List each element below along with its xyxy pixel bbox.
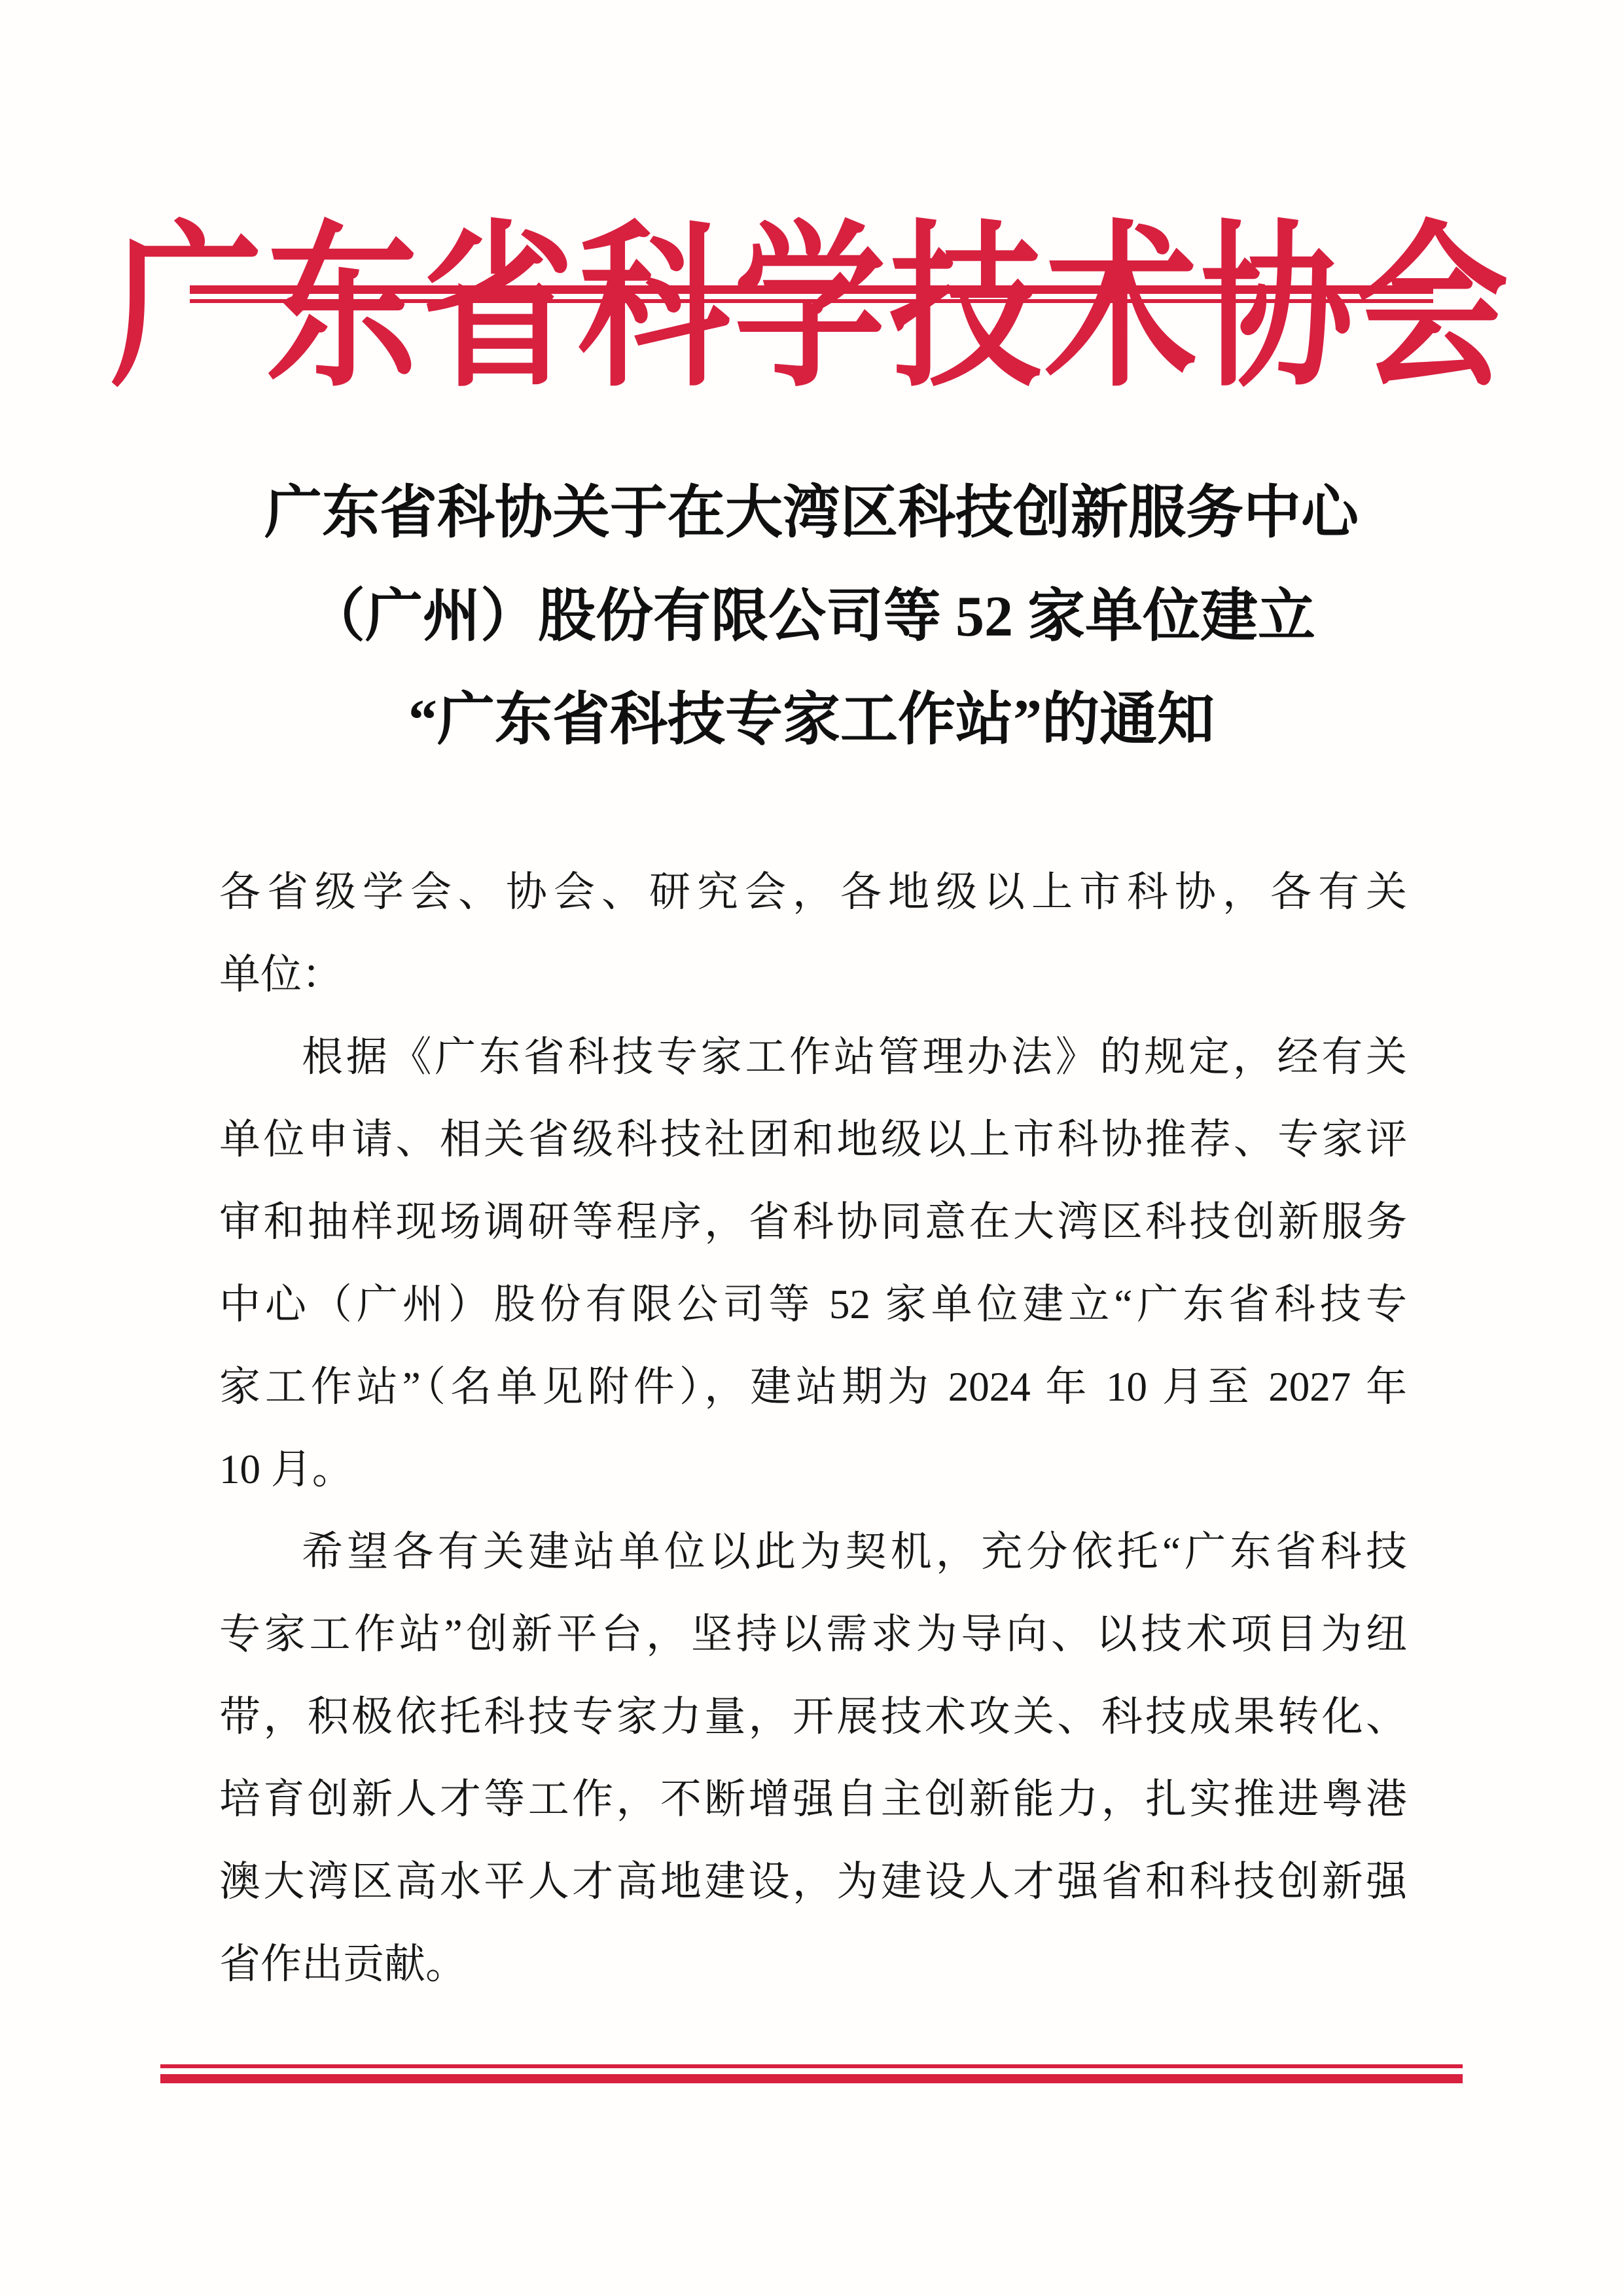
body-line: 澳大湾区高水平人才高地建设，为建设人才强省和科技创新强 <box>219 1840 1407 1923</box>
body-line: 10 月。 <box>219 1428 1407 1511</box>
rule-thick-bar <box>190 285 1433 294</box>
body-line: 省作出贡献。 <box>219 1923 1407 2005</box>
rule-thin-bar <box>190 299 1433 303</box>
body-line: 单位： <box>219 933 1407 1016</box>
notice-title-line-3: “广东省科技专家工作站”的通知 <box>157 669 1466 772</box>
notice-title-line-2: （广州）股份有限公司等 52 家单位建立 <box>157 565 1466 669</box>
body-line: 根据《广东省科技专家工作站管理办法》的规定，经有关 <box>219 1016 1407 1098</box>
document-page: 广东省科学技术协会 广东省科协关于在大湾区科技创新服务中心 （广州）股份有限公司… <box>0 0 1623 2296</box>
body-line: 中心（广州）股份有限公司等 52 家单位建立“广东省科技专 <box>219 1263 1407 1346</box>
body-line: 各省级学会、协会、研究会，各地级以上市科协，各有关 <box>219 851 1407 933</box>
notice-title: 广东省科协关于在大湾区科技创新服务中心 （广州）股份有限公司等 52 家单位建立… <box>157 462 1466 772</box>
body-line: 希望各有关建站单位以此为契机，充分依托“广东省科技 <box>219 1511 1407 1593</box>
header-double-rule <box>190 285 1433 303</box>
rule-gap <box>160 2068 1463 2074</box>
notice-title-line-1: 广东省科协关于在大湾区科技创新服务中心 <box>157 462 1466 565</box>
body-line: 家工作站”（名单见附件），建站期为 2024 年 10 月至 2027 年 <box>219 1346 1407 1428</box>
body-line: 单位申请、相关省级科技社团和地级以上市科协推荐、专家评 <box>219 1098 1407 1181</box>
rule-thick-bar <box>160 2074 1463 2083</box>
body-line: 审和抽样现场调研等程序，省科协同意在大湾区科技创新服务 <box>219 1181 1407 1263</box>
notice-body: 各省级学会、协会、研究会，各地级以上市科协，各有关 单位： 根据《广东省科技专家… <box>219 851 1407 2005</box>
body-line: 培育创新人才等工作，不断增强自主创新能力，扎实推进粤港 <box>219 1758 1407 1840</box>
body-line: 带，积极依托科技专家力量，开展技术攻关、科技成果转化、 <box>219 1676 1407 1758</box>
body-line: 专家工作站”创新平台，坚持以需求为导向、以技术项目为纽 <box>219 1593 1407 1676</box>
footer-double-rule <box>160 2064 1463 2083</box>
rule-gap <box>190 294 1433 299</box>
